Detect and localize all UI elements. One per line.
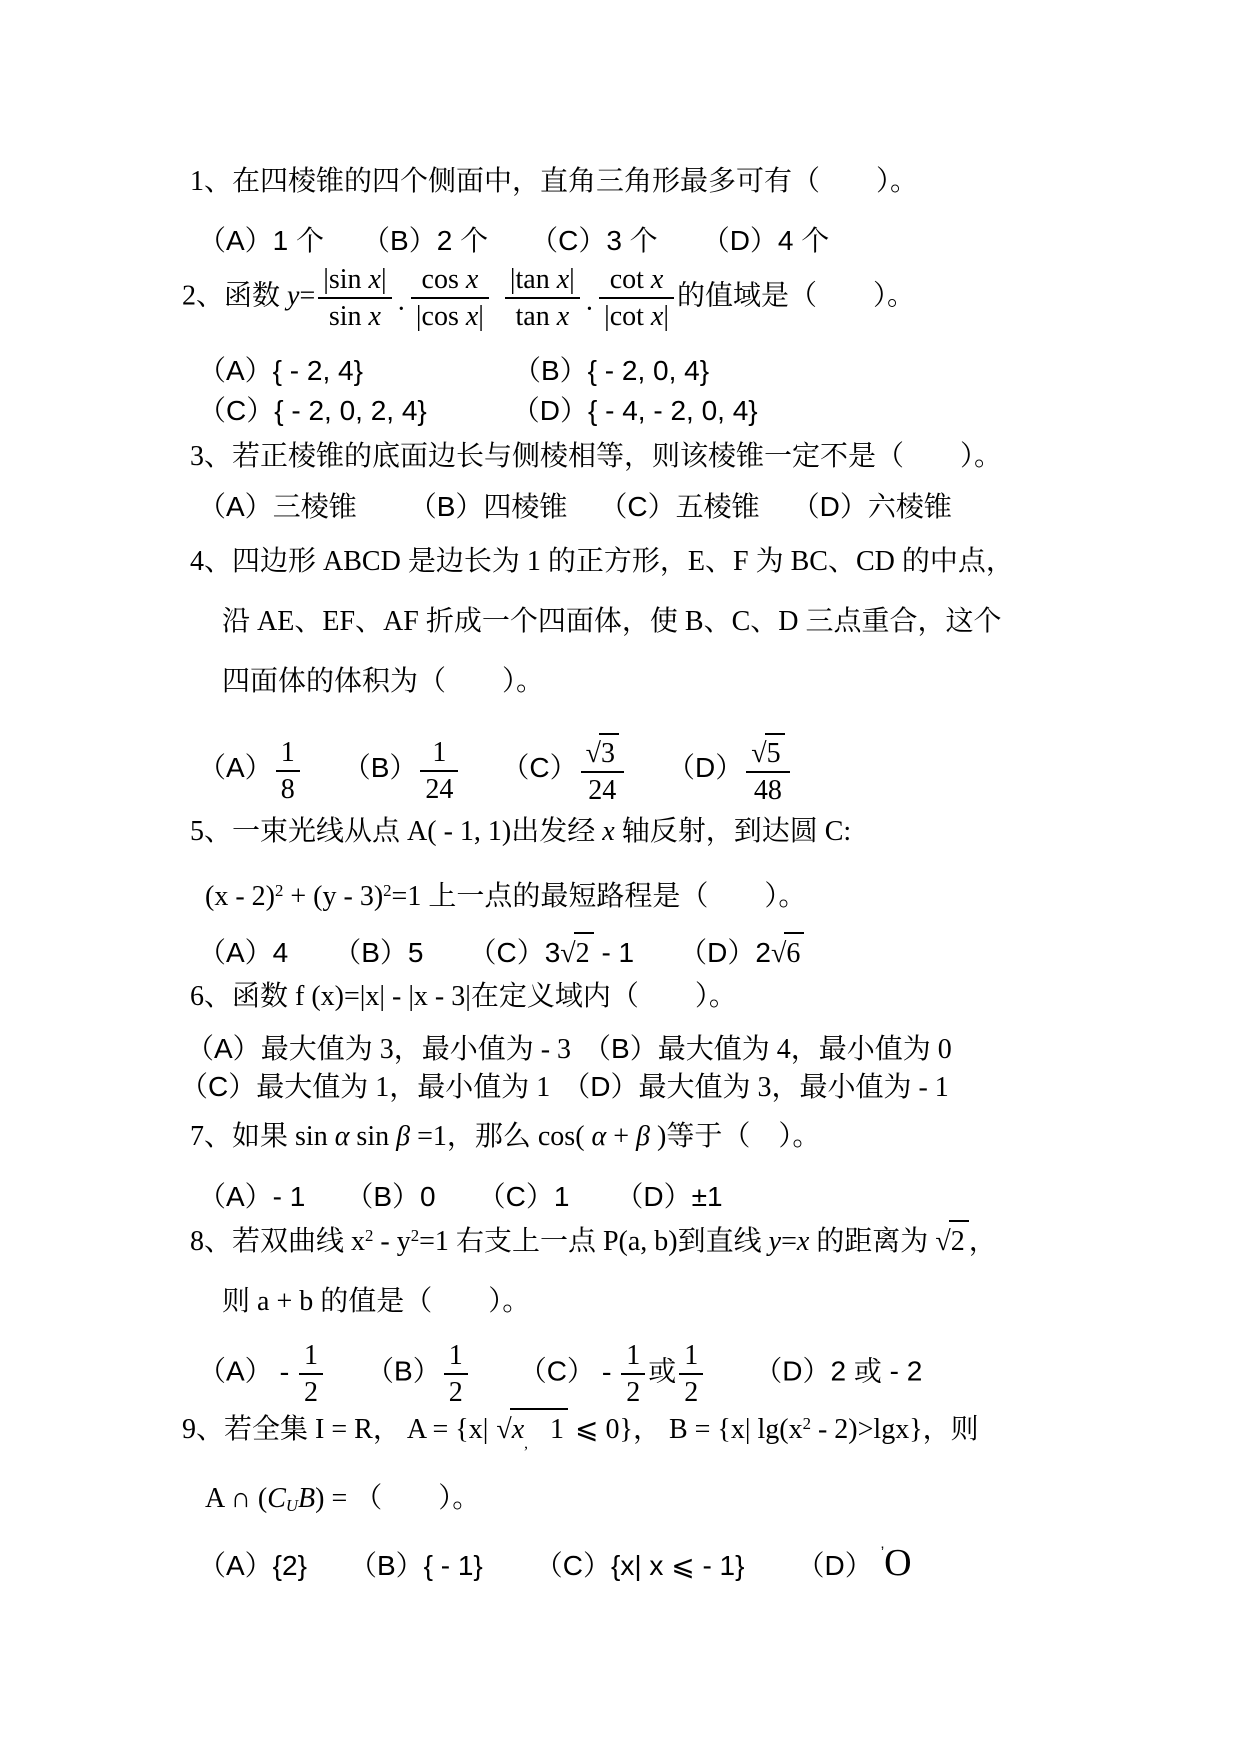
math-text: ABCD xyxy=(323,546,408,577)
q3-stem: 3、若正棱锥的底面边长与侧棱相等，则该棱锥一定不是（ ）。 xyxy=(190,438,1002,476)
cn-text: 折成一个四面体，使 xyxy=(426,606,685,637)
cn-text: 等于（ ）。 xyxy=(666,1121,820,1152)
radicand: 6 xyxy=(784,932,804,973)
option-text: （A）{2} xyxy=(198,1550,307,1581)
cn-text: ，则 xyxy=(923,1414,979,1445)
spacer xyxy=(550,1095,562,1096)
option-text: （A）- 1 xyxy=(198,1181,305,1212)
option-text: （D）2 xyxy=(679,937,771,968)
math-text: - xyxy=(273,1356,296,1387)
cn-text: 上一点的最短路程是（ ）。 xyxy=(428,881,806,912)
multiply-dot: · xyxy=(397,294,406,325)
option-text: （D） xyxy=(562,1071,638,1102)
cn-text: 如果 xyxy=(232,1121,295,1152)
fraction-numerator: |tan x| xyxy=(505,262,580,299)
radicand: 3 xyxy=(599,733,619,771)
spacer xyxy=(488,249,530,250)
option-text: （D）4 xyxy=(702,225,802,256)
math-text: 1、 xyxy=(190,166,232,197)
math-text: + xyxy=(606,1121,636,1152)
spacer xyxy=(706,1379,754,1380)
math-variable: x xyxy=(466,301,478,332)
cn-text: 若正棱锥的底面边长与侧棱相等，则该棱锥一定不是（ ）。 xyxy=(232,441,1002,472)
q4-stem-line3: 四面体的体积为（ ）。 xyxy=(222,663,544,701)
option-text: （C） xyxy=(180,1071,256,1102)
math-text: =1 xyxy=(419,1226,456,1257)
math-text: 2 xyxy=(304,1377,318,1408)
q3-options: （A）三棱锥（B）四棱锥（C）五棱锥（D）六棱锥 xyxy=(198,488,952,527)
math-text: sin xyxy=(349,1121,396,1152)
cn-text: 四面体的体积为（ ）。 xyxy=(222,666,544,697)
math-variable: B xyxy=(298,1483,315,1514)
cn-text: 个 xyxy=(630,226,658,257)
spacer xyxy=(288,961,333,962)
spacer xyxy=(634,961,679,962)
cn-text: 的值是（ ）。 xyxy=(320,1286,530,1317)
cn-text: 或 xyxy=(854,1356,882,1387)
math-text: 1 xyxy=(304,1340,318,1371)
radical: √x,1 xyxy=(496,1408,568,1455)
spacer xyxy=(492,303,502,304)
spacer xyxy=(427,419,512,420)
math-text: 3、 xyxy=(190,441,232,472)
spacer xyxy=(303,776,343,777)
cn-text: ，那么 xyxy=(447,1121,538,1152)
option-text: （C） xyxy=(599,491,675,522)
radical: √3 xyxy=(586,733,619,771)
math-text: |cot xyxy=(604,301,651,332)
math-text: 2 xyxy=(951,1226,965,1257)
math-text: - y xyxy=(373,1226,410,1257)
option-text: （C） xyxy=(501,752,577,783)
option-text: （C）3 xyxy=(530,225,630,256)
spacer xyxy=(424,961,469,962)
math-text: E xyxy=(688,546,705,577)
math-text: |cos xyxy=(416,301,466,332)
cn-text: 最大值为 4，最小值为 0 xyxy=(658,1034,952,1065)
option-text: （D）±1 xyxy=(615,1181,722,1212)
math-variable: x xyxy=(797,1226,809,1257)
option-text: （D） xyxy=(796,1550,872,1581)
math-text: 9、 xyxy=(182,1414,224,1445)
spacer xyxy=(436,1205,478,1206)
spacer xyxy=(471,1379,519,1380)
math-text: 6、 xyxy=(190,981,232,1012)
option-text: （B） xyxy=(583,1033,658,1064)
math-text: cot xyxy=(610,264,651,295)
math-text: CD xyxy=(856,546,902,577)
math-text: x xyxy=(351,1226,365,1257)
math-text: | xyxy=(478,301,484,332)
spacer xyxy=(569,1205,615,1206)
fraction-numerator: 1 xyxy=(444,1338,468,1375)
math-text: B = {x| lg(x xyxy=(669,1414,803,1445)
math-text: = xyxy=(781,1226,797,1257)
cn-text: 个 xyxy=(296,226,324,257)
spacer xyxy=(567,515,599,516)
math-text: BC xyxy=(791,546,828,577)
option-text: （C）1 xyxy=(478,1181,570,1212)
option-text: （A） xyxy=(198,491,273,522)
math-text: 1 xyxy=(449,1340,463,1371)
cn-text: 一束光线从点 xyxy=(232,816,407,847)
q9-stem-line2: A ∩ (CUB) = （ ）。 xyxy=(205,1480,480,1518)
fraction-numerator: √3 xyxy=(581,733,624,773)
math-variable: x xyxy=(369,301,381,332)
fraction: 12 xyxy=(444,1338,468,1410)
option-text: （C）3 xyxy=(469,937,561,968)
math-variable: y xyxy=(287,280,299,311)
spacer xyxy=(571,1057,583,1058)
cn-text: 、 xyxy=(750,606,778,637)
q7-options: （A）- 1（B）0（C）1（D）±1 xyxy=(198,1178,723,1217)
q8-stem-line2: 则 a + b 的值是（ ）。 xyxy=(222,1283,530,1321)
q7-stem: 7、如果 sin α sin β =1，那么 cos( α + β )等于（ ）… xyxy=(190,1118,820,1156)
option-text: （B） xyxy=(343,752,418,783)
q6-options-row2: （C）最大值为 1，最小值为 1（D）最大值为 3，最小值为 - 1 xyxy=(180,1068,949,1107)
math-text: B xyxy=(685,606,704,637)
radicand: 2 xyxy=(949,1220,969,1261)
math-text: 4、 xyxy=(190,546,232,577)
fraction-denominator: 2 xyxy=(299,1375,323,1410)
cn-text: 为 xyxy=(756,546,791,577)
fraction-denominator: 24 xyxy=(420,772,458,807)
math-variable: β xyxy=(636,1121,650,1152)
math-text: + (y - 3) xyxy=(283,881,383,912)
math-text: AE xyxy=(257,606,294,637)
q9-stem-line1: 9、若全集 I = R，A = {x|√x,1 ⩽ 0}，B = {x| lg(… xyxy=(182,1408,979,1455)
option-text: （C） xyxy=(519,1355,595,1386)
math-text: - 2)>lgx} xyxy=(811,1414,923,1445)
math-variable: x xyxy=(651,264,663,295)
option-text: （D） xyxy=(667,752,743,783)
cn-text: 的中点， xyxy=(902,546,1014,577)
q6-options-row1: （A）最大值为 3，最小值为 - 3（B）最大值为 4，最小值为 0 xyxy=(186,1030,952,1069)
fraction: 12 xyxy=(621,1338,645,1410)
option-text: （D）{ - 4, - 2, 0, 4} xyxy=(512,395,758,426)
subscript: U xyxy=(286,1496,298,1515)
option-text: （C）{ - 2, 0, 2, 4} xyxy=(198,395,427,426)
fraction-denominator: sin x xyxy=(318,299,391,334)
cn-text: 出发经 xyxy=(511,816,602,847)
exam-page: 1、在四棱锥的四个侧面中，直角三角形最多可有（ ）。（A）1 个（B）2 个（C… xyxy=(0,0,1241,1754)
math-variable: C xyxy=(267,1483,286,1514)
cn-text: 若双曲线 xyxy=(232,1226,351,1257)
cn-text: 最大值为 1，最小值为 1 xyxy=(256,1072,550,1103)
cn-text: 、 xyxy=(705,546,733,577)
math-text: 1 xyxy=(432,737,446,768)
option-text: - 2 xyxy=(882,1355,922,1386)
cn-text: 右支上一点 xyxy=(456,1226,603,1257)
fraction-numerator: 1 xyxy=(621,1338,645,1375)
math-text: 6 xyxy=(786,938,800,969)
option-text: （B）5 xyxy=(333,937,423,968)
fraction: 124 xyxy=(420,735,458,807)
fraction-denominator: |cot x| xyxy=(599,299,674,334)
math-text: 24 xyxy=(588,775,616,806)
spacer xyxy=(326,1379,366,1380)
math-text: 2 xyxy=(576,938,590,969)
radicand: 5 xyxy=(765,733,785,771)
math-text: | xyxy=(663,301,669,332)
math-text: 5、 xyxy=(190,816,232,847)
option-text: （B）{ - 2, 0, 4} xyxy=(513,355,709,386)
math-variable: x xyxy=(369,264,381,295)
q5-stem-line2: (x - 2)2 + (y - 3)2=1 上一点的最短路程是（ ）。 xyxy=(205,878,806,916)
q2-options-row1: （A）{ - 2, 4}（B）{ - 2, 0, 4} xyxy=(198,352,709,391)
radical: √2 xyxy=(560,932,593,973)
cn-text: 、 xyxy=(704,606,732,637)
cn-text: 函数 xyxy=(232,981,295,1012)
q9-options: （A）{2}（B）{ - 1}（C）{x| x ⩽ - 1}（D）’O xyxy=(198,1538,912,1589)
fraction-denominator: 2 xyxy=(621,1375,645,1410)
option-text: - 1 xyxy=(594,937,634,968)
math-text: 1 xyxy=(550,1414,564,1445)
q4-options: （A）18（B）124（C）√324（D）√548 xyxy=(198,733,793,808)
spacer xyxy=(357,515,409,516)
fraction-numerator: 1 xyxy=(679,1338,703,1375)
fraction-denominator: 48 xyxy=(746,773,789,808)
fraction-numerator: 1 xyxy=(299,1338,323,1375)
superscript: 2 xyxy=(411,1226,419,1245)
cn-text: 六棱锥 xyxy=(868,492,952,523)
math-text: =1 xyxy=(392,881,429,912)
option-text: （A）4 xyxy=(198,937,288,968)
math-variable: y xyxy=(769,1226,781,1257)
option-text: （C）{x| x ⩽ - 1} xyxy=(535,1550,745,1581)
fraction: |tan x|tan x xyxy=(505,262,580,334)
q5-options: （A）4（B）5（C）3√2 - 1（D）2√6 xyxy=(198,932,804,973)
math-text: 1 xyxy=(527,546,548,577)
math-text: 8、 xyxy=(190,1226,232,1257)
cn-text: 五棱锥 xyxy=(676,492,760,523)
fraction: 18 xyxy=(276,735,300,807)
cn-text: 、 xyxy=(355,606,383,637)
cn-text: 三棱锥 xyxy=(273,492,357,523)
cn-text: （ ）。 xyxy=(354,1483,480,1514)
cn-text: 三点重合，这个 xyxy=(806,606,1002,637)
radical: √5 xyxy=(751,733,784,771)
cn-text: 到直线 xyxy=(678,1226,769,1257)
fraction-numerator: cot x xyxy=(599,262,674,299)
math-text: 48 xyxy=(754,775,782,806)
math-variable: x xyxy=(602,816,614,847)
option-text: （B）2 xyxy=(362,225,460,256)
spacer xyxy=(873,1574,881,1575)
math-text: F xyxy=(733,546,756,577)
math-text: sin xyxy=(295,1121,335,1152)
math-text: |tan xyxy=(510,264,557,295)
q5-stem-line1: 5、一束光线从点 A( - 1, 1)出发经 x 轴反射，到达圆 C: xyxy=(190,813,851,851)
option-text: （D） xyxy=(792,491,868,522)
cn-text: 在四棱锥的四个侧面中，直角三角形最多可有（ ）。 xyxy=(232,166,918,197)
math-text: 1 xyxy=(281,737,295,768)
math-text: - xyxy=(595,1356,618,1387)
math-variable: α xyxy=(335,1121,350,1152)
math-text: 2 xyxy=(684,1377,698,1408)
fraction-numerator: 1 xyxy=(420,735,458,772)
math-text: 1 xyxy=(684,1340,698,1371)
option-text: （A） xyxy=(186,1033,261,1064)
math-text: EF xyxy=(322,606,355,637)
spacer xyxy=(658,249,702,250)
math-text: tan xyxy=(516,301,557,332)
q8-stem-line1: 8、若双曲线 x2 - y2=1 右支上一点 P(a, b)到直线 y=x 的距… xyxy=(190,1220,997,1261)
math-text: | xyxy=(381,264,387,295)
math-text: C: xyxy=(825,816,851,847)
cn-text: 最大值为 3，最小值为 - 3 xyxy=(261,1034,571,1065)
math-variable: β xyxy=(396,1121,410,1152)
q1-options: （A）1 个（B）2 个（C）3 个（D）4 个 xyxy=(198,222,829,261)
fraction-denominator: 8 xyxy=(276,772,300,807)
radical: √6 xyxy=(771,932,804,973)
fraction-denominator: 2 xyxy=(679,1375,703,1410)
math-text: P(a, b) xyxy=(603,1226,678,1257)
math-text: 5 xyxy=(767,738,781,769)
math-text: = xyxy=(299,280,315,311)
math-variable: α xyxy=(592,1121,607,1152)
q8-options: （A） - 12（B）12（C） - 12或12（D）2 或 - 2 xyxy=(198,1338,922,1410)
math-text: | xyxy=(569,264,575,295)
spacer xyxy=(461,776,501,777)
spacer xyxy=(307,1574,349,1575)
math-variable: x xyxy=(557,301,569,332)
math-text: cos xyxy=(422,264,466,295)
fraction: cot x|cot x| xyxy=(599,262,674,334)
q2-options-row2: （C）{ - 2, 0, 2, 4}（D）{ - 4, - 2, 0, 4} xyxy=(198,392,758,431)
fraction-numerator: √5 xyxy=(746,733,789,773)
option-text: （B） xyxy=(366,1355,441,1386)
math-text: 8 xyxy=(281,774,295,805)
cn-text: 四棱锥 xyxy=(483,492,567,523)
math-text: C xyxy=(732,606,751,637)
q4-stem-line1: 4、四边形 ABCD 是边长为 1 的正方形，E、F 为 BC、CD 的中点， xyxy=(190,543,1014,581)
superscript: 2 xyxy=(803,1414,811,1433)
spacer xyxy=(324,249,362,250)
cn-text: 四边形 xyxy=(232,546,323,577)
option-text: （B）0 xyxy=(345,1181,435,1212)
superscript: 2 xyxy=(383,881,391,900)
math-text: a + b xyxy=(257,1286,320,1317)
math-text: D xyxy=(778,606,805,637)
radicand: x,1 xyxy=(510,1408,568,1455)
cn-text: 沿 xyxy=(222,606,257,637)
radicand: 2 xyxy=(574,932,594,973)
math-text: f (x)=|x| - |x - 3| xyxy=(295,981,471,1012)
math-text: 2、 xyxy=(182,280,224,311)
math-text: sin xyxy=(329,301,369,332)
fraction: |sin x|sin x xyxy=(318,262,391,334)
math-variable: x xyxy=(651,301,663,332)
math-text: 2 xyxy=(626,1377,640,1408)
q2-stem: 2、函数 y=|sin x|sin x·cos x|cos x||tan x|t… xyxy=(182,262,915,334)
math-text: ) xyxy=(650,1121,666,1152)
spacer xyxy=(528,1437,550,1438)
math-text: 24 xyxy=(425,774,453,805)
option-text: （A）{ - 2, 4} xyxy=(198,355,363,386)
option-text: （A）1 xyxy=(198,225,296,256)
math-text: |sin xyxy=(323,264,368,295)
spacer xyxy=(760,515,792,516)
cn-text: 或 xyxy=(648,1356,676,1387)
math-text: cos( xyxy=(538,1121,592,1152)
math-text: 7、 xyxy=(190,1121,232,1152)
math-text: ) = xyxy=(315,1483,354,1514)
cn-text: 、 xyxy=(294,606,322,637)
cn-text: 的正方形， xyxy=(548,546,688,577)
option-text: （D）2 xyxy=(754,1355,854,1386)
fraction: 12 xyxy=(299,1338,323,1410)
fraction: cos x|cos x| xyxy=(411,262,489,334)
math-text: (x - 2) xyxy=(205,881,275,912)
cn-text: 的距离为 xyxy=(809,1226,935,1257)
cn-text: 、 xyxy=(828,546,856,577)
empty-set-symbol: O xyxy=(884,1542,911,1584)
option-text: （B）{ - 1} xyxy=(349,1550,483,1581)
cn-text: 最大值为 3，最小值为 - 1 xyxy=(638,1072,948,1103)
math-text: A = {x| xyxy=(407,1414,489,1445)
q1-stem: 1、在四棱锥的四个侧面中，直角三角形最多可有（ ）。 xyxy=(190,163,918,201)
math-variable: x xyxy=(557,264,569,295)
option-text: （A） xyxy=(198,752,273,783)
spacer xyxy=(744,1574,796,1575)
option-text: （A） xyxy=(198,1355,273,1386)
fraction-denominator: 2 xyxy=(444,1375,468,1410)
math-text: I = R xyxy=(315,1414,373,1445)
spacer xyxy=(305,1205,345,1206)
q4-stem-line2: 沿 AE、EF、AF 折成一个四面体，使 B、C、D 三点重合，这个 xyxy=(222,603,1002,641)
q6-stem: 6、函数 f (x)=|x| - |x - 3|在定义域内（ ）。 xyxy=(190,978,737,1016)
cn-text: 在定义域内（ ）。 xyxy=(471,981,737,1012)
spacer xyxy=(661,1437,669,1438)
math-text: AF xyxy=(383,606,426,637)
fraction-denominator: 24 xyxy=(581,773,624,808)
math-text: ⩽ 0} xyxy=(568,1414,633,1445)
fraction-denominator: tan x xyxy=(505,299,580,334)
math-text: A ∩ ( xyxy=(205,1483,267,1514)
cn-text: 则 xyxy=(222,1286,257,1317)
spacer xyxy=(488,1437,496,1438)
spacer xyxy=(483,1574,535,1575)
math-text: A( - 1, 1) xyxy=(407,816,511,847)
cn-text: ， xyxy=(373,1414,401,1445)
math-variable: x xyxy=(512,1414,524,1445)
multiply-dot: · xyxy=(585,294,594,325)
option-text: （B） xyxy=(409,491,484,522)
cn-text: 个 xyxy=(460,226,488,257)
fraction-numerator: 1 xyxy=(276,735,300,772)
fraction: 12 xyxy=(679,1338,703,1410)
math-text: 1 xyxy=(626,1340,640,1371)
cn-text: 个 xyxy=(801,226,829,257)
math-variable: x xyxy=(466,264,478,295)
math-text: 3 xyxy=(601,738,615,769)
fraction: √548 xyxy=(746,733,789,808)
cn-text: 函数 xyxy=(224,280,287,311)
cn-text: 是边长为 xyxy=(408,546,527,577)
cn-text: 轴反射，到达圆 xyxy=(615,816,825,847)
fraction: √324 xyxy=(581,733,624,808)
cn-text: 的值域是（ ）。 xyxy=(677,280,915,311)
fraction-denominator: |cos x| xyxy=(411,299,489,334)
fraction-numerator: |sin x| xyxy=(318,262,391,299)
spacer xyxy=(627,776,667,777)
cn-text: 若全集 xyxy=(224,1414,315,1445)
math-text: =1 xyxy=(410,1121,447,1152)
cn-text: ， xyxy=(633,1414,661,1445)
fraction-numerator: cos x xyxy=(411,262,489,299)
math-text: 2 xyxy=(449,1377,463,1408)
